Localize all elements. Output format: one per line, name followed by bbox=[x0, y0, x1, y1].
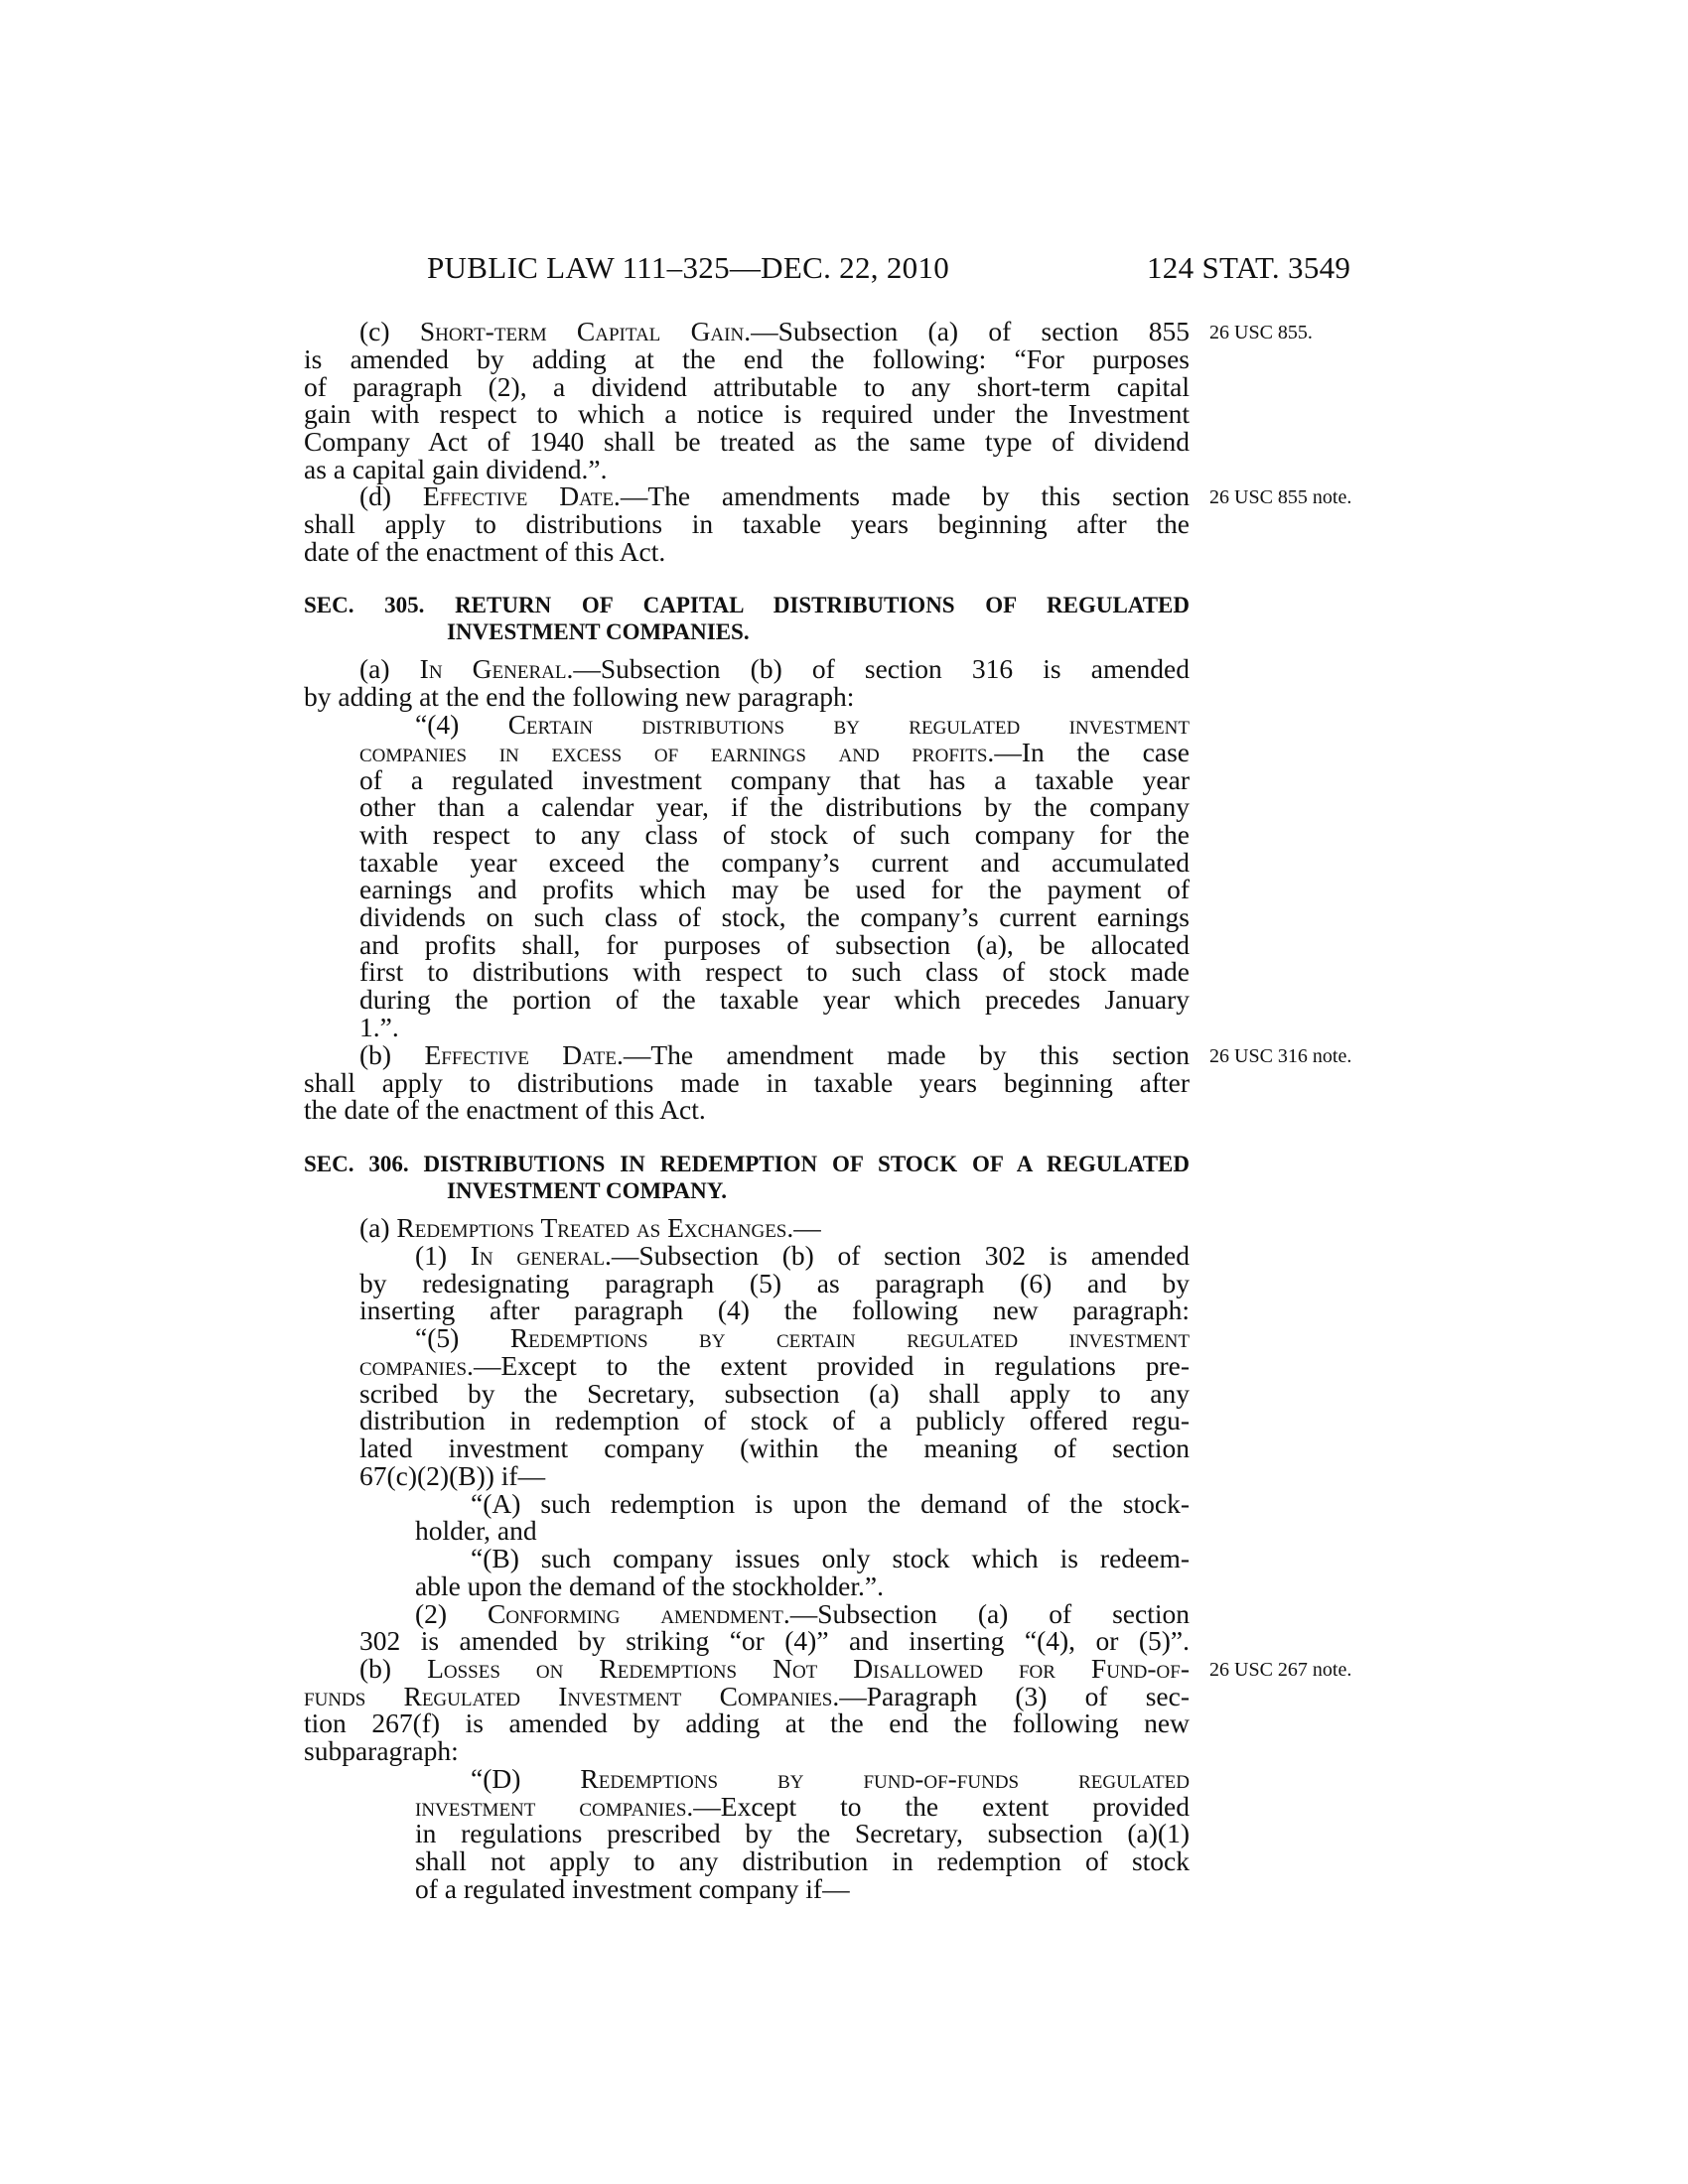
body-line: other than a calendar year, if the distr… bbox=[359, 793, 1190, 821]
body-line: taxable year exceed the company’s curren… bbox=[359, 849, 1190, 877]
body-line: dividends on such class of stock, the co… bbox=[359, 903, 1190, 931]
law-title: PUBLIC LAW 111–325—DEC. 22, 2010 bbox=[427, 250, 949, 286]
body-line: scribed by the Secretary, subsection (a)… bbox=[359, 1380, 1190, 1408]
body-line: Company Act of 1940 shall be treated as … bbox=[304, 428, 1190, 456]
subsection-heading: Effective Date. bbox=[423, 480, 621, 511]
subparagraph-D-line: investment companies.—Except to the exte… bbox=[415, 1793, 1190, 1821]
body-line: holder, and bbox=[415, 1517, 1190, 1545]
subsection-heading: Redemptions Treated as Exchanges. bbox=[396, 1212, 793, 1243]
subparagraph-A-line: “(A) such redemption is upon the demand … bbox=[471, 1490, 1190, 1518]
body-line: gain with respect to which a notice is r… bbox=[304, 400, 1190, 428]
body-line: able upon the demand of the stockholder.… bbox=[415, 1572, 1190, 1600]
body-line: shall not apply to any distribution in r… bbox=[415, 1847, 1190, 1875]
paragraph-heading: In general. bbox=[471, 1240, 612, 1271]
body-line: by adding at the end the following new p… bbox=[304, 683, 1190, 711]
body-line: distribution in redemption of stock of a… bbox=[359, 1407, 1190, 1434]
margin-note-usc: 26 USC 855. bbox=[1209, 322, 1313, 344]
subsection-heading: Short-term Capital Gain. bbox=[420, 316, 751, 346]
subsection-d-line: (d) Effective Date.—The amendments made … bbox=[359, 482, 1190, 510]
section-306-heading-cont: INVESTMENT COMPANY. bbox=[447, 1178, 1190, 1204]
section-306-heading: SEC. 306. DISTRIBUTIONS IN REDEMPTION OF… bbox=[304, 1152, 1190, 1177]
body-line: 67(c)(2)(B)) if— bbox=[359, 1462, 1190, 1490]
body-line: the date of the enactment of this Act. bbox=[304, 1096, 1190, 1124]
subparagraph-D-line: “(D) Redemptions by fund-of-funds regula… bbox=[471, 1765, 1190, 1793]
body-line: lated investment company (within the mea… bbox=[359, 1434, 1190, 1462]
paragraph-heading: Redemptions by certain regulated investm… bbox=[510, 1322, 1190, 1353]
section-305-heading: SEC. 305. RETURN OF CAPITAL DISTRIBUTION… bbox=[304, 593, 1190, 618]
section-305-heading-cont: INVESTMENT COMPANIES. bbox=[447, 619, 1190, 645]
body-line: and profits shall, for purposes of subse… bbox=[359, 931, 1190, 959]
subsection-heading: Losses on Redemptions Not Disallowed for… bbox=[427, 1653, 1190, 1684]
subparagraph-B-line: “(B) such company issues only stock whic… bbox=[471, 1545, 1190, 1572]
paragraph-heading: Certain distributions by regulated inves… bbox=[508, 709, 1190, 740]
body-line: 1.”. bbox=[359, 1014, 1190, 1041]
body-line: earnings and profits which may be used f… bbox=[359, 876, 1190, 903]
subsection-heading: Effective Date. bbox=[424, 1039, 623, 1070]
subparagraph-heading: Redemptions by fund-of-funds regulated bbox=[580, 1763, 1190, 1794]
body-line: of paragraph (2), a dividend attributabl… bbox=[304, 373, 1190, 401]
paragraph-heading: companies. bbox=[359, 1350, 474, 1381]
body-line: date of the enactment of this Act. bbox=[304, 538, 1190, 566]
body-line: first to distributions with respect to s… bbox=[359, 958, 1190, 986]
body-line: in regulations prescribed by the Secreta… bbox=[415, 1820, 1190, 1847]
subsection-c-line: (c) Short-term Capital Gain.—Subsection … bbox=[359, 318, 1190, 345]
margin-note-usc: 26 USC 855 note. bbox=[1209, 486, 1351, 509]
paragraph-1-line: (1) In general.—Subsection (b) of sectio… bbox=[415, 1242, 1190, 1270]
paragraph-5-line: companies.—Except to the extent provided… bbox=[359, 1352, 1190, 1380]
body-line: 302 is amended by striking “or (4)” and … bbox=[359, 1627, 1190, 1655]
subsection-heading: In General. bbox=[420, 653, 574, 684]
body-line: shall apply to distributions made in tax… bbox=[304, 1069, 1190, 1097]
subsection-b-line: (b) Losses on Redemptions Not Disallowed… bbox=[359, 1655, 1190, 1683]
body-line: as a capital gain dividend.”. bbox=[304, 456, 1190, 483]
paragraph-heading: companies in excess of earnings and prof… bbox=[359, 737, 994, 767]
body-line: is amended by adding at the end the foll… bbox=[304, 345, 1190, 373]
body-line: tion 267(f) is amended by adding at the … bbox=[304, 1709, 1190, 1737]
paragraph-4-line: companies in excess of earnings and prof… bbox=[359, 739, 1190, 766]
body-line: of a regulated investment company if— bbox=[415, 1875, 1190, 1903]
page-header: PUBLIC LAW 111–325—DEC. 22, 2010 124 STA… bbox=[0, 250, 1688, 290]
margin-note-usc: 26 USC 267 note. bbox=[1209, 1659, 1351, 1682]
body-line: during the portion of the taxable year w… bbox=[359, 986, 1190, 1014]
body-line: inserting after paragraph (4) the follow… bbox=[359, 1297, 1190, 1324]
body-line: of a regulated investment company that h… bbox=[359, 766, 1190, 794]
body-line: by redesignating paragraph (5) as paragr… bbox=[359, 1270, 1190, 1297]
margin-note-usc: 26 USC 316 note. bbox=[1209, 1045, 1351, 1068]
body-line: with respect to any class of stock of su… bbox=[359, 821, 1190, 849]
subsection-b-line: funds Regulated Investment Companies.—Pa… bbox=[304, 1683, 1190, 1710]
paragraph-5-line: “(5) Redemptions by certain regulated in… bbox=[415, 1324, 1190, 1352]
body-line: shall apply to distributions in taxable … bbox=[304, 510, 1190, 538]
statute-citation: 124 STAT. 3549 bbox=[1147, 250, 1350, 286]
paragraph-2-line: (2) Conforming amendment.—Subsection (a)… bbox=[415, 1600, 1190, 1628]
subsection-b-line: (b) Effective Date.—The amendment made b… bbox=[359, 1041, 1190, 1069]
body-line: subparagraph: bbox=[304, 1737, 1190, 1765]
paragraph-4-line: “(4) Certain distributions by regulated … bbox=[415, 711, 1190, 739]
subsection-a-line: (a) Redemptions Treated as Exchanges.— bbox=[359, 1214, 1190, 1242]
subsection-a-line: (a) In General.—Subsection (b) of sectio… bbox=[359, 655, 1190, 683]
